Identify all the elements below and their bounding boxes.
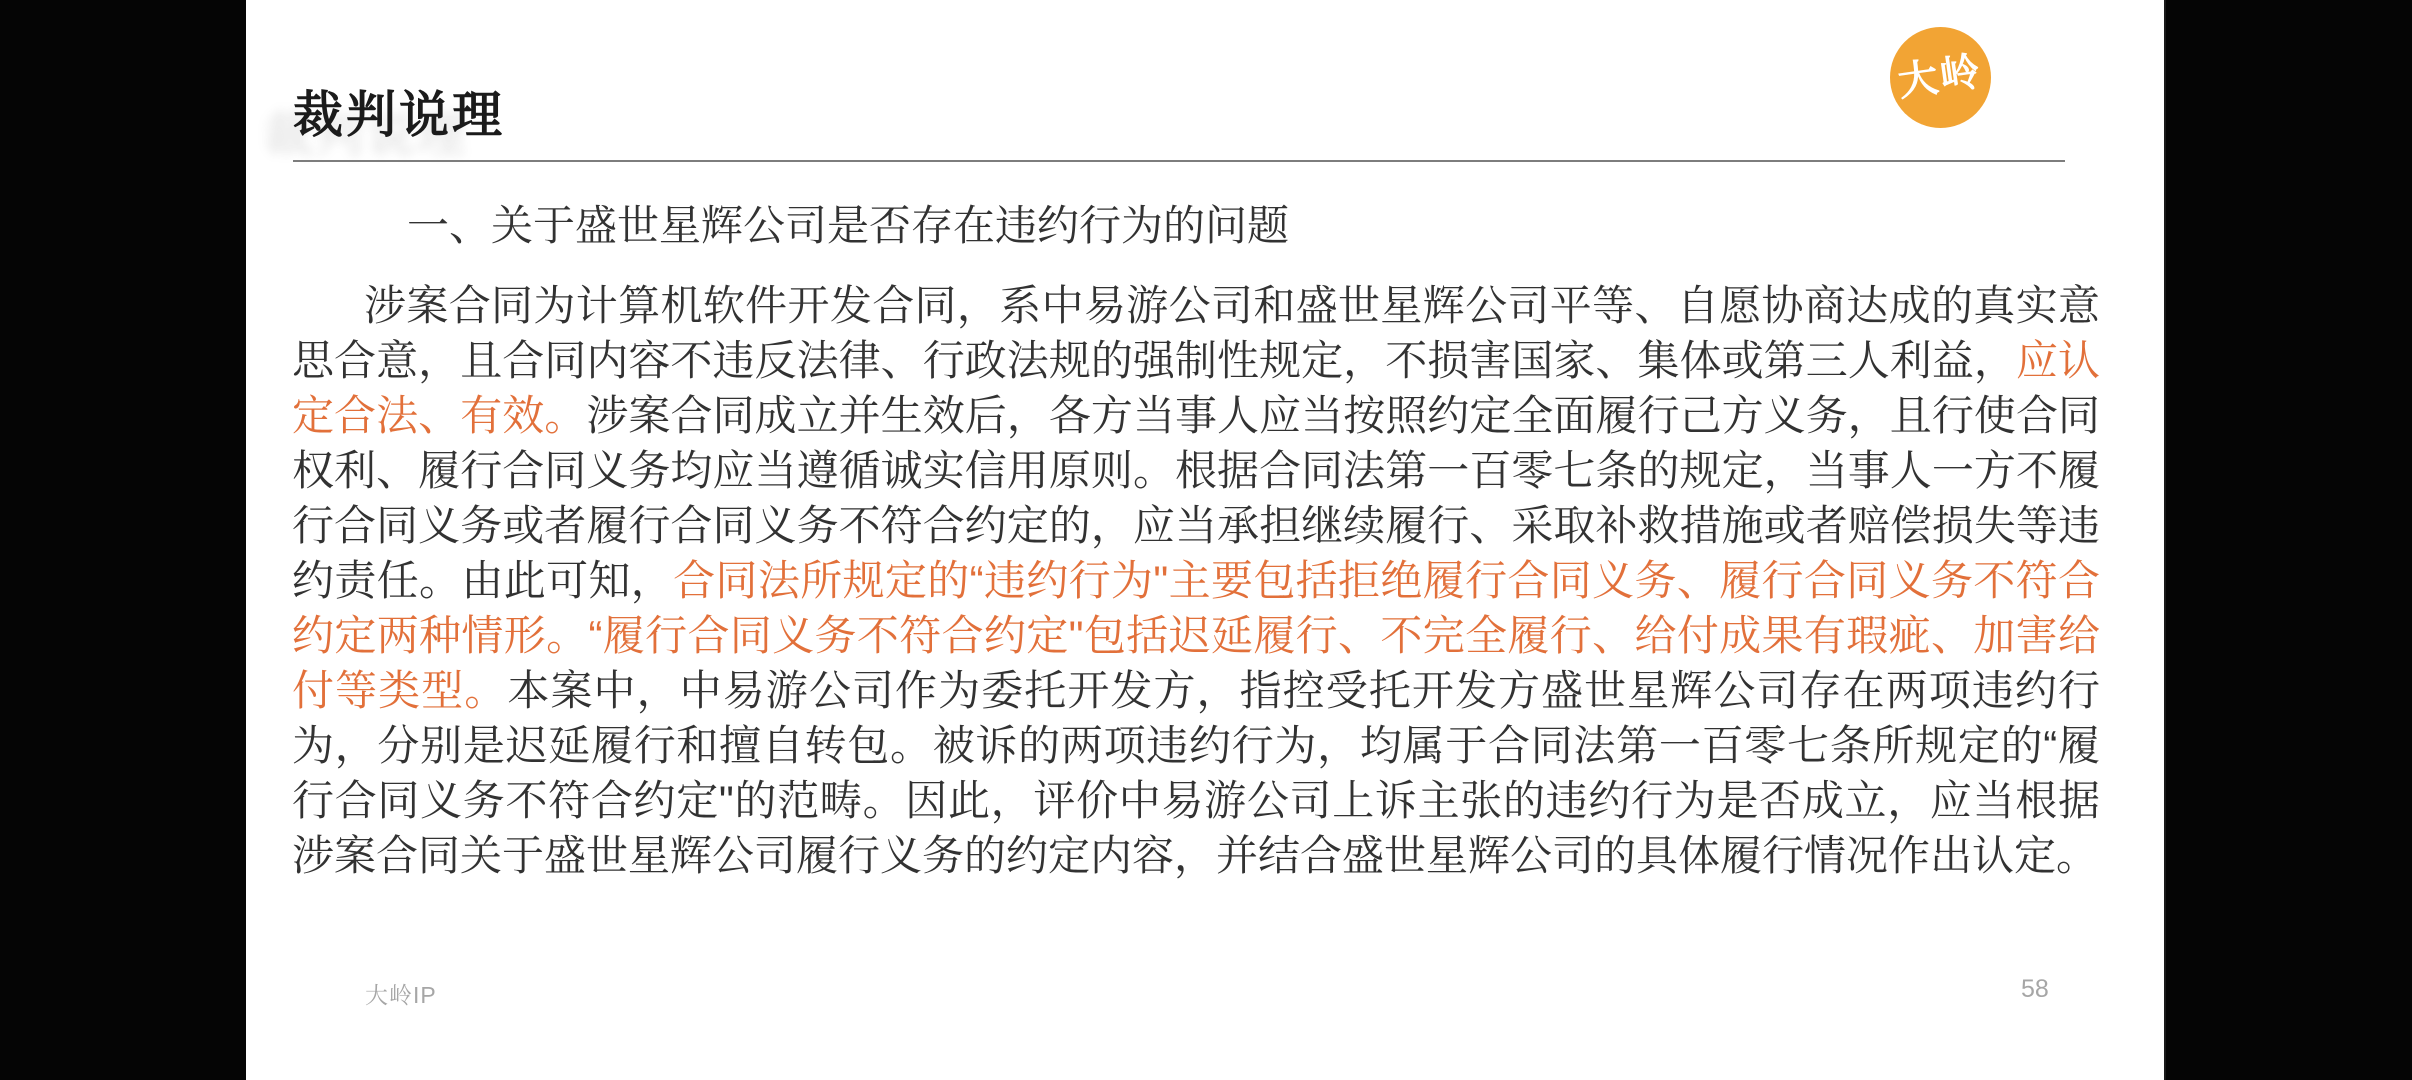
footer-brand: 大岭IP: [365, 977, 437, 1010]
body-paragraph: 涉案合同为计算机软件开发合同，系中易游公司和盛世星辉公司平等、自愿协商达成的真实…: [292, 278, 2100, 883]
page-number: 58: [2021, 975, 2049, 1004]
title-underline: [293, 160, 2065, 162]
letterbox-left: [0, 0, 246, 1080]
body-text-segment: 涉案合同为计算机软件开发合同，系中易游公司和盛世星辉公司平等、自愿协商达成的真实…: [292, 282, 2100, 384]
slide-body: 一、关于盛世星辉公司是否存在违约行为的问题 涉案合同为计算机软件开发合同，系中易…: [292, 198, 2100, 883]
section-heading: 一、关于盛世星辉公司是否存在违约行为的问题: [292, 198, 2100, 253]
video-frame: 裁判说理 裁判说理 大岭 一、关于盛世星辉公司是否存在违约行为的问题 涉案合同为…: [0, 0, 2412, 1080]
body-text-segment: 本案中，中易游公司作为委托开发方，指控受托开发方盛世星辉公司存在两项违约行为，分…: [292, 667, 2100, 879]
brand-logo-text: 大岭: [1893, 40, 1984, 108]
slide-title: 裁判说理: [293, 86, 505, 144]
brand-logo-icon: 大岭: [1890, 27, 1991, 128]
letterbox-right: [2164, 0, 2412, 1080]
presentation-slide: 裁判说理 裁判说理 大岭 一、关于盛世星辉公司是否存在违约行为的问题 涉案合同为…: [246, 0, 2166, 1080]
